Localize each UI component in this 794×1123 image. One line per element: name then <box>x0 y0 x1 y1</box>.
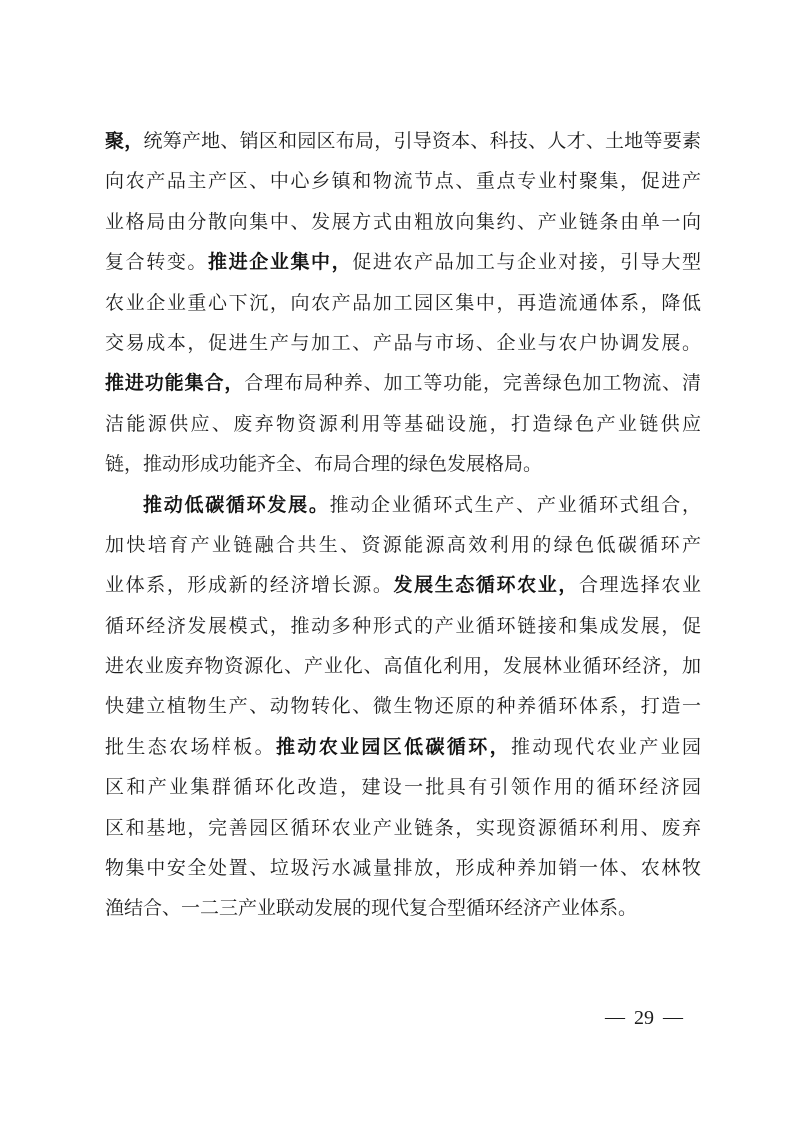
text-line: 物集中安全处置、垃圾污水减量排放，形成种养加销一体、农林牧 <box>105 849 701 889</box>
bold-run: 推进企业集中， <box>208 252 352 273</box>
page-footer: — 29 — <box>605 1007 683 1030</box>
bold-run: 聚， <box>105 131 143 152</box>
text-run: 合理选择农业 <box>579 575 701 596</box>
text-line: 推动低碳循环发展。推动企业循环式生产、产业循环式组合， <box>105 486 701 526</box>
text-run: 促进农产品加工与企业对接，引导大型 <box>352 252 701 273</box>
text-run: 渔结合、一二三产业联动发展的现代复合型循环经济产业体系。 <box>105 898 637 919</box>
text-line: 聚，统筹产地、销区和园区布局，引导资本、科技、人才、土地等要素 <box>105 122 701 162</box>
text-run: 区和基地，完善园区循环农业产业链条，实现资源循环利用、废弃 <box>105 818 701 839</box>
document-body: 聚，统筹产地、销区和园区布局，引导资本、科技、人才、土地等要素 向农产品主产区、… <box>105 122 701 930</box>
footer-dash-left: — <box>605 1006 625 1029</box>
text-run: 进农业废弃物资源化、产业化、高值化利用，发展林业循环经济，加 <box>105 656 701 677</box>
text-line: 链，推动形成功能齐全、布局合理的绿色发展格局。 <box>105 445 701 485</box>
text-line: 复合转变。推进企业集中，促进农产品加工与企业对接，引导大型 <box>105 243 701 283</box>
text-run: 交易成本，促进生产与加工、产品与市场、企业与农户协调发展。 <box>105 333 701 354</box>
text-line: 批生态农场样板。推动农业园区低碳循环，推动现代农业产业园 <box>105 728 701 768</box>
page-number: 29 <box>634 1007 654 1030</box>
bold-run: 推动农业园区低碳循环， <box>276 737 511 758</box>
text-run: 加快培育产业链融合共生、资源能源高效利用的绿色低碳循环产 <box>105 535 701 556</box>
paragraph-industry-clustering: 聚，统筹产地、销区和园区布局，引导资本、科技、人才、土地等要素 向农产品主产区、… <box>105 122 701 486</box>
text-run: 快建立植物生产、动物转化、微生物还原的种养循环体系，打造一 <box>105 696 701 717</box>
text-run: 洁能源供应、废弃物资源利用等基础设施，打造绿色产业链供应 <box>105 414 701 435</box>
bold-run: 推动低碳循环发展。 <box>143 495 330 516</box>
text-run: 推动企业循环式生产、产业循环式组合， <box>330 495 701 516</box>
text-line: 业体系，形成新的经济增长源。发展生态循环农业，合理选择农业 <box>105 566 701 606</box>
text-line: 进农业废弃物资源化、产业化、高值化利用，发展林业循环经济，加 <box>105 647 701 687</box>
text-line: 推进功能集合，合理布局种养、加工等功能，完善绿色加工物流、清 <box>105 364 701 404</box>
text-run: 统筹产地、销区和园区布局，引导资本、科技、人才、土地等要素 <box>143 131 701 152</box>
bold-run: 推进功能集合， <box>105 373 244 394</box>
paragraph-low-carbon-circular: 推动低碳循环发展。推动企业循环式生产、产业循环式组合， 加快培育产业链融合共生、… <box>105 486 701 930</box>
text-line: 循环经济发展模式，推动多种形式的产业循环链接和集成发展，促 <box>105 607 701 647</box>
text-line: 交易成本，促进生产与加工、产品与市场、企业与农户协调发展。 <box>105 324 701 364</box>
text-line: 区和基地，完善园区循环农业产业链条，实现资源循环利用、废弃 <box>105 809 701 849</box>
text-line: 渔结合、一二三产业联动发展的现代复合型循环经济产业体系。 <box>105 889 701 929</box>
text-run: 合理布局种养、加工等功能，完善绿色加工物流、清 <box>244 373 701 394</box>
text-run: 向农产品主产区、中心乡镇和物流节点、重点专业村聚集，促进产 <box>105 171 701 192</box>
bold-run: 发展生态循环农业， <box>393 575 578 596</box>
text-run: 链，推动形成功能齐全、布局合理的绿色发展格局。 <box>105 454 542 475</box>
text-run: 物集中安全处置、垃圾污水减量排放，形成种养加销一体、农林牧 <box>105 858 701 879</box>
document-page: 聚，统筹产地、销区和园区布局，引导资本、科技、人才、土地等要素 向农产品主产区、… <box>0 0 794 1123</box>
text-line: 加快培育产业链融合共生、资源能源高效利用的绿色低碳循环产 <box>105 526 701 566</box>
text-line: 向农产品主产区、中心乡镇和物流节点、重点专业村聚集，促进产 <box>105 162 701 202</box>
text-run: 业格局由分散向集中、发展方式由粗放向集约、产业链条由单一向 <box>105 212 701 233</box>
text-run: 推动现代农业产业园 <box>511 737 701 758</box>
text-line: 洁能源供应、废弃物资源利用等基础设施，打造绿色产业链供应 <box>105 405 701 445</box>
text-line: 农业企业重心下沉，向农产品加工园区集中，再造流通体系，降低 <box>105 284 701 324</box>
text-run: 复合转变。 <box>105 252 208 273</box>
footer-dash-right: — <box>663 1006 683 1029</box>
text-line: 快建立植物生产、动物转化、微生物还原的种养循环体系，打造一 <box>105 687 701 727</box>
text-run: 循环经济发展模式，推动多种形式的产业循环链接和集成发展，促 <box>105 616 701 637</box>
text-run: 业体系，形成新的经济增长源。 <box>105 575 393 596</box>
text-run: 区和产业集群循环化改造，建设一批具有引领作用的循环经济园 <box>105 777 701 798</box>
text-run: 农业企业重心下沉，向农产品加工园区集中，再造流通体系，降低 <box>105 293 701 314</box>
text-run: 批生态农场样板。 <box>105 737 276 758</box>
text-line: 区和产业集群循环化改造，建设一批具有引领作用的循环经济园 <box>105 768 701 808</box>
text-line: 业格局由分散向集中、发展方式由粗放向集约、产业链条由单一向 <box>105 203 701 243</box>
